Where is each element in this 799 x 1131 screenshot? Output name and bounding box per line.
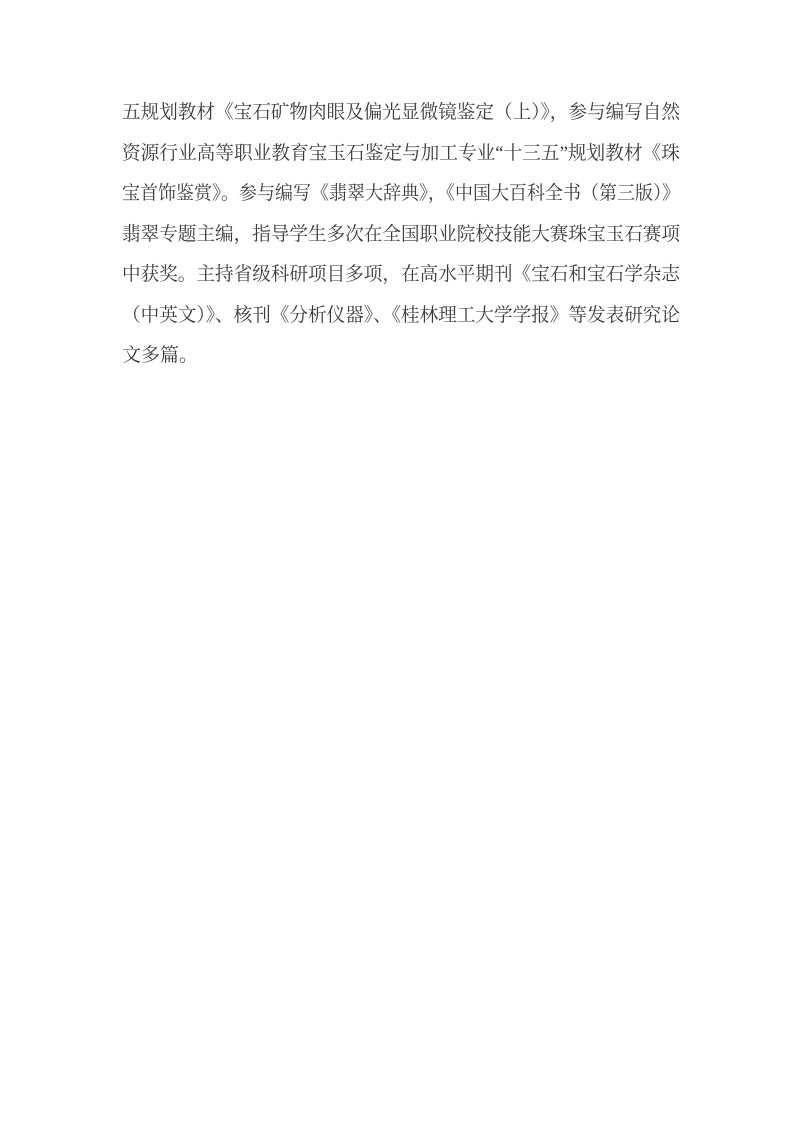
paragraph-line: 中获奖。主持省级科研项目多项，在高水平期刊《宝石和宝石学杂志	[122, 255, 668, 296]
paragraph: 五规划教材《宝石矿物肉眼及偏光显微镜鉴定（上）》，参与编写自然 资源行业高等职业…	[122, 93, 680, 377]
paragraph-line: 文多篇。	[122, 336, 680, 377]
paragraph-line: （中英文）》、核刊《分析仪器》、《桂林理工大学学报》等发表研究论	[122, 296, 668, 337]
paragraph-line: 翡翠专题主编，指导学生多次在全国职业院校技能大赛珠宝玉石赛项	[122, 215, 668, 256]
paragraph-line: 五规划教材《宝石矿物肉眼及偏光显微镜鉴定（上）》，参与编写自然	[122, 93, 668, 134]
paragraph-line: 资源行业高等职业教育宝玉石鉴定与加工专业“十三五”规划教材《珠	[122, 134, 670, 175]
document-page: 五规划教材《宝石矿物肉眼及偏光显微镜鉴定（上）》，参与编写自然 资源行业高等职业…	[0, 0, 799, 1131]
paragraph-line: 宝首饰鉴赏》。参与编写《翡翠大辞典》，《中国大百科全书（第三版）》	[122, 174, 651, 215]
